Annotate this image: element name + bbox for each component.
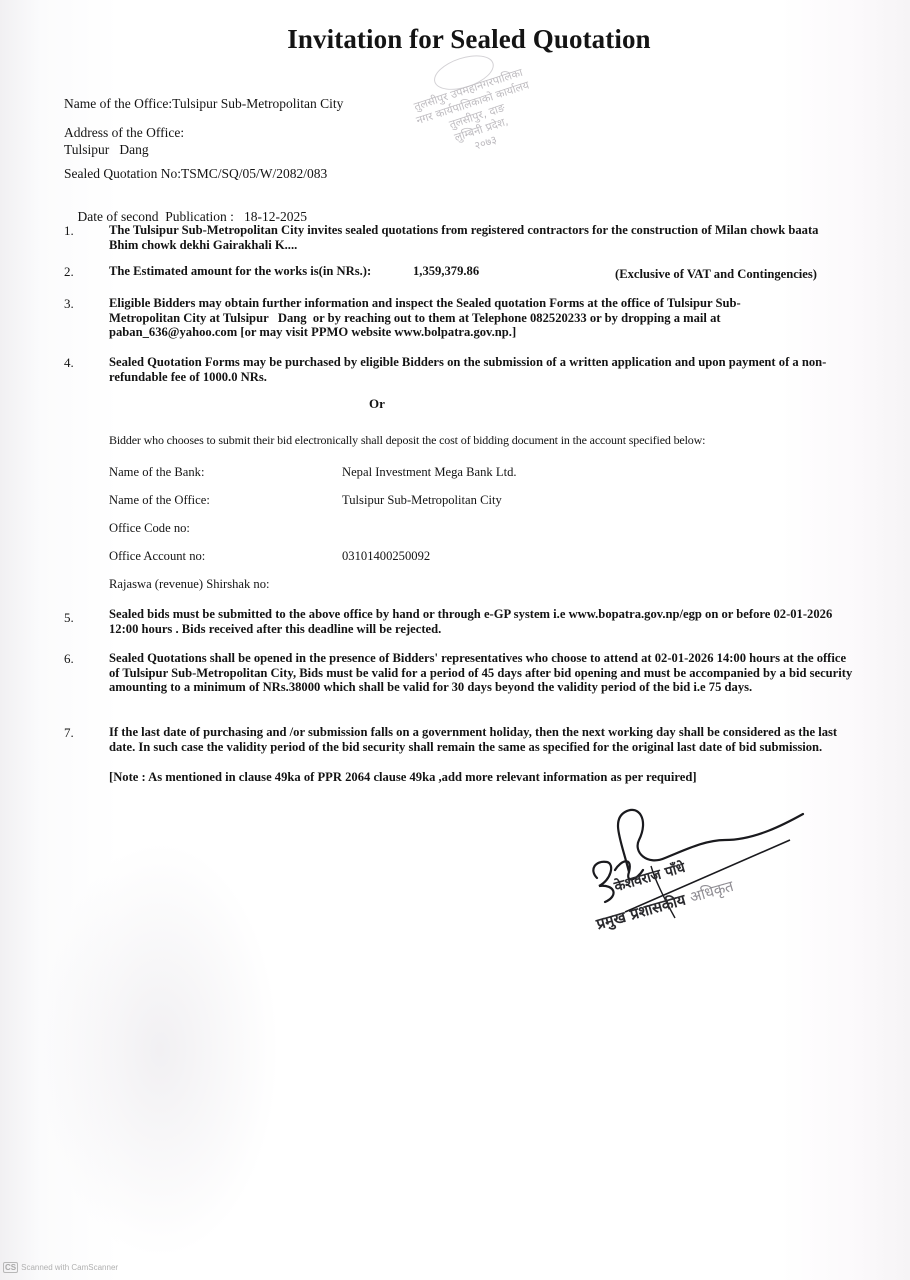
- address-label: Address of the Office:: [64, 125, 184, 141]
- electronic-intro: Bidder who chooses to submit their bid e…: [109, 433, 869, 448]
- publication-label: Date of second Publication :: [78, 209, 234, 224]
- clause-5-text: Sealed bids must be submitted to the abo…: [109, 607, 859, 636]
- clause-number: 3.: [64, 296, 74, 312]
- clause-number: 7.: [64, 725, 74, 741]
- publication-date: 18-12-2025: [244, 209, 307, 224]
- clause-2-text: The Estimated amount for the works is(in…: [109, 264, 409, 279]
- office-code-label: Office Code no:: [109, 521, 190, 536]
- clause-number: 1.: [64, 223, 74, 239]
- clause-7-note: [Note : As mentioned in clause 49ka of P…: [109, 770, 869, 785]
- account-value: 03101400250092: [342, 549, 430, 564]
- amount-note: (Exclusive of VAT and Contingencies): [615, 267, 817, 282]
- scanned-page: Invitation for Sealed Quotation तुलसीपुर…: [0, 0, 910, 1280]
- address-value: Tulsipur Dang: [64, 142, 149, 158]
- bank-value: Nepal Investment Mega Bank Ltd.: [342, 465, 517, 480]
- clause-number: 4.: [64, 355, 74, 371]
- clause-4-text: Sealed Quotation Forms may be purchased …: [109, 355, 859, 384]
- estimated-amount: 1,359,379.86: [413, 264, 533, 279]
- camscanner-logo-icon: CS: [3, 1262, 18, 1273]
- or-separator: Or: [369, 396, 385, 412]
- office-value: Tulsipur Sub-Metropolitan City: [342, 493, 502, 508]
- clause-3-text: Eligible Bidders may obtain further info…: [109, 296, 799, 340]
- quotation-number: Sealed Quotation No:TSMC/SQ/05/W/2082/08…: [64, 166, 327, 182]
- clause-6-text: Sealed Quotations shall be opened in the…: [109, 651, 857, 695]
- bank-label: Name of the Bank:: [109, 465, 204, 480]
- document-title: Invitation for Sealed Quotation: [0, 24, 910, 55]
- clause-number: 5.: [64, 610, 74, 626]
- account-label: Office Account no:: [109, 549, 205, 564]
- clause-7-text: If the last date of purchasing and /or s…: [109, 725, 857, 754]
- camscanner-text: Scanned with CamScanner: [21, 1263, 118, 1272]
- office-label: Name of the Office:: [109, 493, 210, 508]
- office-seal-stamp: तुलसीपुर उपमहानगरपालिका नगर कार्यपालिकाक…: [394, 43, 557, 178]
- scan-shadow: [40, 840, 280, 1260]
- clause-1-text: The Tulsipur Sub-Metropolitan City invit…: [109, 223, 849, 252]
- revenue-label: Rajaswa (revenue) Shirshak no:: [109, 577, 270, 592]
- office-name: Name of the Office:Tulsipur Sub-Metropol…: [64, 96, 343, 112]
- clause-number: 6.: [64, 651, 74, 667]
- clause-number: 2.: [64, 264, 74, 280]
- camscanner-watermark: CS Scanned with CamScanner: [3, 1262, 118, 1273]
